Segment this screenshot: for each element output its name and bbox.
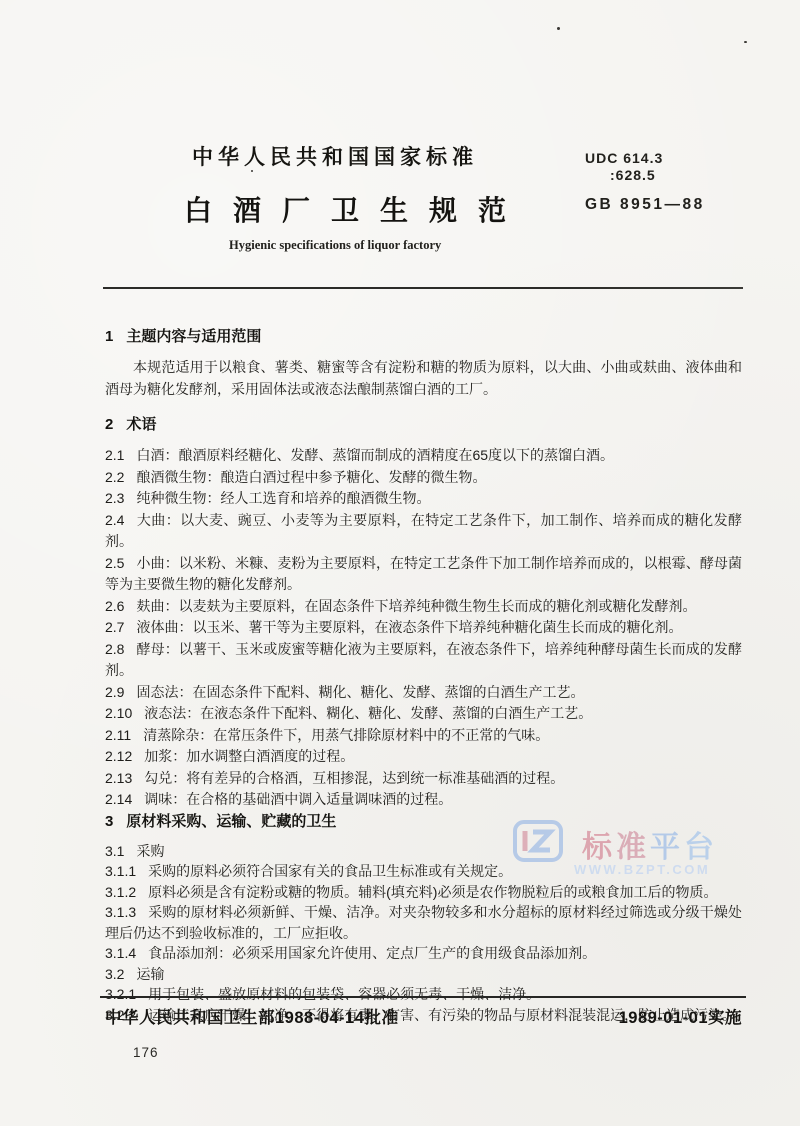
clause-number: 3.1.3 bbox=[105, 904, 136, 920]
clause-item: 2.13勾兑：将有差异的合格酒，互相掺混，达到统一标准基础酒的过程。 bbox=[105, 768, 742, 790]
clause-number: 1 bbox=[105, 328, 113, 345]
clause-number: 3.2 bbox=[105, 966, 124, 982]
clause-item: 3.1.4食品添加剂：必须采用国家允许使用、定点厂生产的食用级食品添加剂。 bbox=[105, 943, 742, 964]
clause-item: 2.4大曲：以大麦、豌豆、小麦等为主要原料，在特定工艺条件下，加工制作、培养而成… bbox=[105, 510, 742, 553]
clause-item: 2.11清蒸除杂：在常压条件下，用蒸气排除原材料中的不正常的气味。 bbox=[105, 725, 742, 747]
clause-number: 2.9 bbox=[105, 684, 124, 700]
clause-text: 固态法：在固态条件下配料、糊化、糖化、发酵、蒸馏的白酒生产工艺。 bbox=[136, 684, 584, 700]
clause-item: 3.2运输 bbox=[105, 964, 742, 985]
udc-line2: :628.5 bbox=[585, 167, 663, 184]
clause-text: 液态法：在液态条件下配料、糊化、糖化、发酵、蒸馏的白酒生产工艺。 bbox=[144, 705, 592, 721]
clause-text: 用于包装、盛放原材料的包装袋、容器必须无毒、干燥、洁净。 bbox=[148, 986, 540, 1002]
footer-divider bbox=[100, 996, 746, 998]
clause-text: 大曲：以大麦、豌豆、小麦等为主要原料，在特定工艺条件下，加工制作、培养而成的糖化… bbox=[105, 512, 742, 550]
clause-item: 2.14调味：在合格的基础酒中调入适量调味酒的过程。 bbox=[105, 789, 742, 811]
clause-text: 白酒：酿酒原料经糖化、发酵、蒸馏而制成的酒精度在65度以下的蒸馏白酒。 bbox=[136, 447, 614, 463]
clause-text: 调味：在合格的基础酒中调入适量调味酒的过程。 bbox=[144, 791, 452, 807]
clause-number: 3.1 bbox=[105, 843, 124, 859]
clause-item: 2.1白酒：酿酒原料经糖化、发酵、蒸馏而制成的酒精度在65度以下的蒸馏白酒。 bbox=[105, 445, 742, 467]
clause-number: 2.5 bbox=[105, 555, 124, 571]
clause-text: 采购的原料必须符合国家有关的食品卫生标准或有关规定。 bbox=[148, 863, 512, 879]
heading-text: 主题内容与适用范围 bbox=[126, 328, 261, 345]
scan-speck bbox=[251, 170, 253, 172]
clause-item: 2.5小曲：以米粉、米糠、麦粉为主要原料，在特定工艺条件下加工制作培养而成的，以… bbox=[105, 553, 742, 596]
heading-text: 术语 bbox=[126, 416, 156, 433]
clause-text: 采购的原材料必须新鲜、干燥、洁净。对夹杂物较多和水分超标的原材料经过筛选或分级干… bbox=[105, 904, 742, 941]
clause-text: 原料必须是含有淀粉或糖的物质。辅料(填充料)必须是农作物脱粒后的或粮食加工后的物… bbox=[148, 884, 717, 900]
clause-text: 酵母：以薯干、玉米或废蜜等糖化液为主要原料，在液态条件下，培养纯种酵母菌生长而成… bbox=[105, 641, 742, 679]
clause-text: 运输工具应干燥、洁净。不得将有毒、有害、有污染的物品与原材料混装混运，防止造成污… bbox=[148, 1007, 736, 1023]
standard-org-label: 中华人民共和国国家标准 bbox=[192, 141, 478, 171]
clause-number: 3 bbox=[105, 813, 113, 830]
clause-item: 3.1.1采购的原料必须符合国家有关的食品卫生标准或有关规定。 bbox=[105, 861, 742, 882]
clause-text: 采购 bbox=[136, 843, 164, 859]
clause-item: 2.2酿酒微生物：酿造白酒过程中参予糖化、发酵的微生物。 bbox=[105, 467, 742, 489]
clause-text: 运输 bbox=[136, 966, 164, 982]
clause-item: 2.7液体曲：以玉米、薯干等为主要原料，在液态条件下培养纯种糖化菌生长而成的糖化… bbox=[105, 617, 742, 639]
clause-text: 麸曲：以麦麸为主要原料，在固态条件下培养纯种微生物生长而成的糖化剂或糖化发酵剂。 bbox=[136, 598, 696, 614]
clause-number: 2.10 bbox=[105, 705, 132, 721]
clause-number: 2.2 bbox=[105, 469, 124, 485]
scan-speck bbox=[744, 41, 747, 43]
clause-item: 3.1.3采购的原材料必须新鲜、干燥、洁净。对夹杂物较多和水分超标的原材料经过筛… bbox=[105, 902, 742, 943]
clause-number: 2.1 bbox=[105, 447, 124, 463]
clause-number: 3.2.1 bbox=[105, 986, 136, 1002]
clause-number: 2.14 bbox=[105, 791, 132, 807]
clause-number: 2.6 bbox=[105, 598, 124, 614]
header-divider bbox=[103, 287, 743, 289]
document-body: 1主题内容与适用范围本规范适用于以粮食、薯类、糖蜜等含有淀粉和糖的物质为原料，以… bbox=[105, 326, 742, 1025]
clause-number: 3.1.1 bbox=[105, 863, 136, 879]
section-heading: 3原材料采购、运输、贮藏的卫生 bbox=[105, 811, 742, 833]
clause-number: 2.8 bbox=[105, 641, 124, 657]
clause-text: 液体曲：以玉米、薯干等为主要原料，在液态条件下培养纯种糖化菌生长而成的糖化剂。 bbox=[136, 619, 682, 635]
document-page: 中华人民共和国国家标准 UDC 614.3 :628.5 白酒厂卫生规范 GB … bbox=[0, 0, 800, 1126]
clause-item: 2.9固态法：在固态条件下配料、糊化、糖化、发酵、蒸馏的白酒生产工艺。 bbox=[105, 682, 742, 704]
english-subtitle: Hygienic specifications of liquor factor… bbox=[229, 238, 441, 253]
clause-text: 食品添加剂：必须采用国家允许使用、定点厂生产的食用级食品添加剂。 bbox=[148, 945, 596, 961]
clause-item: 3.2.2运输工具应干燥、洁净。不得将有毒、有害、有污染的物品与原材料混装混运，… bbox=[105, 1005, 742, 1026]
clause-text: 小曲：以米粉、米糠、麦粉为主要原料，在特定工艺条件下加工制作培养而成的，以根霉、… bbox=[105, 555, 742, 593]
clause-item: 2.8酵母：以薯干、玉米或废蜜等糖化液为主要原料，在液态条件下，培养纯种酵母菌生… bbox=[105, 639, 742, 682]
clause-number: 3.1.2 bbox=[105, 884, 136, 900]
paragraph: 本规范适用于以粮食、薯类、糖蜜等含有淀粉和糖的物质为原料，以大曲、小曲或麸曲、液… bbox=[105, 357, 742, 400]
clause-text: 纯种微生物：经人工选育和培养的酿酒微生物。 bbox=[136, 490, 430, 506]
clause-item: 3.1.2原料必须是含有淀粉或糖的物质。辅料(填充料)必须是农作物脱粒后的或粮食… bbox=[105, 882, 742, 903]
clause-number: 2.13 bbox=[105, 770, 132, 786]
clause-item: 2.6麸曲：以麦麸为主要原料，在固态条件下培养纯种微生物生长而成的糖化剂或糖化发… bbox=[105, 596, 742, 618]
clause-number: 2.11 bbox=[105, 727, 131, 743]
clause-number: 2.3 bbox=[105, 490, 124, 506]
clause-number: 3.2.2 bbox=[105, 1007, 136, 1023]
clause-item: 3.2.1用于包装、盛放原材料的包装袋、容器必须无毒、干燥、洁净。 bbox=[105, 984, 742, 1005]
heading-text: 原材料采购、运输、贮藏的卫生 bbox=[126, 813, 336, 830]
clause-text: 清蒸除杂：在常压条件下，用蒸气排除原材料中的不正常的气味。 bbox=[143, 727, 549, 743]
clause-item: 2.12加浆：加水调整白酒酒度的过程。 bbox=[105, 746, 742, 768]
udc-number: UDC 614.3 :628.5 bbox=[585, 150, 663, 184]
clause-text: 勾兑：将有差异的合格酒，互相掺混，达到统一标准基础酒的过程。 bbox=[144, 770, 564, 786]
udc-line1: UDC 614.3 bbox=[585, 150, 663, 167]
clause-text: 酿酒微生物：酿造白酒过程中参予糖化、发酵的微生物。 bbox=[136, 469, 486, 485]
clause-item: 3.1采购 bbox=[105, 841, 742, 862]
clause-text: 本规范适用于以粮食、薯类、糖蜜等含有淀粉和糖的物质为原料，以大曲、小曲或麸曲、液… bbox=[105, 359, 742, 397]
clause-number: 2.4 bbox=[105, 512, 124, 528]
clause-item: 2.10液态法：在液态条件下配料、糊化、糖化、发酵、蒸馏的白酒生产工艺。 bbox=[105, 703, 742, 725]
clause-text: 加浆：加水调整白酒酒度的过程。 bbox=[144, 748, 354, 764]
scan-speck bbox=[557, 27, 560, 30]
document-title: 白酒厂卫生规范 bbox=[184, 189, 527, 229]
section-heading: 1主题内容与适用范围 bbox=[105, 326, 742, 348]
clause-number: 3.1.4 bbox=[105, 945, 136, 961]
clause-number: 2 bbox=[105, 416, 113, 433]
clause-number: 2.12 bbox=[105, 748, 132, 764]
section-heading: 2术语 bbox=[105, 414, 742, 436]
standard-code: GB 8951—88 bbox=[585, 196, 705, 214]
clause-item: 2.3纯种微生物：经人工选育和培养的酿酒微生物。 bbox=[105, 488, 742, 510]
page-number: 176 bbox=[133, 1045, 159, 1060]
clause-number: 2.7 bbox=[105, 619, 124, 635]
